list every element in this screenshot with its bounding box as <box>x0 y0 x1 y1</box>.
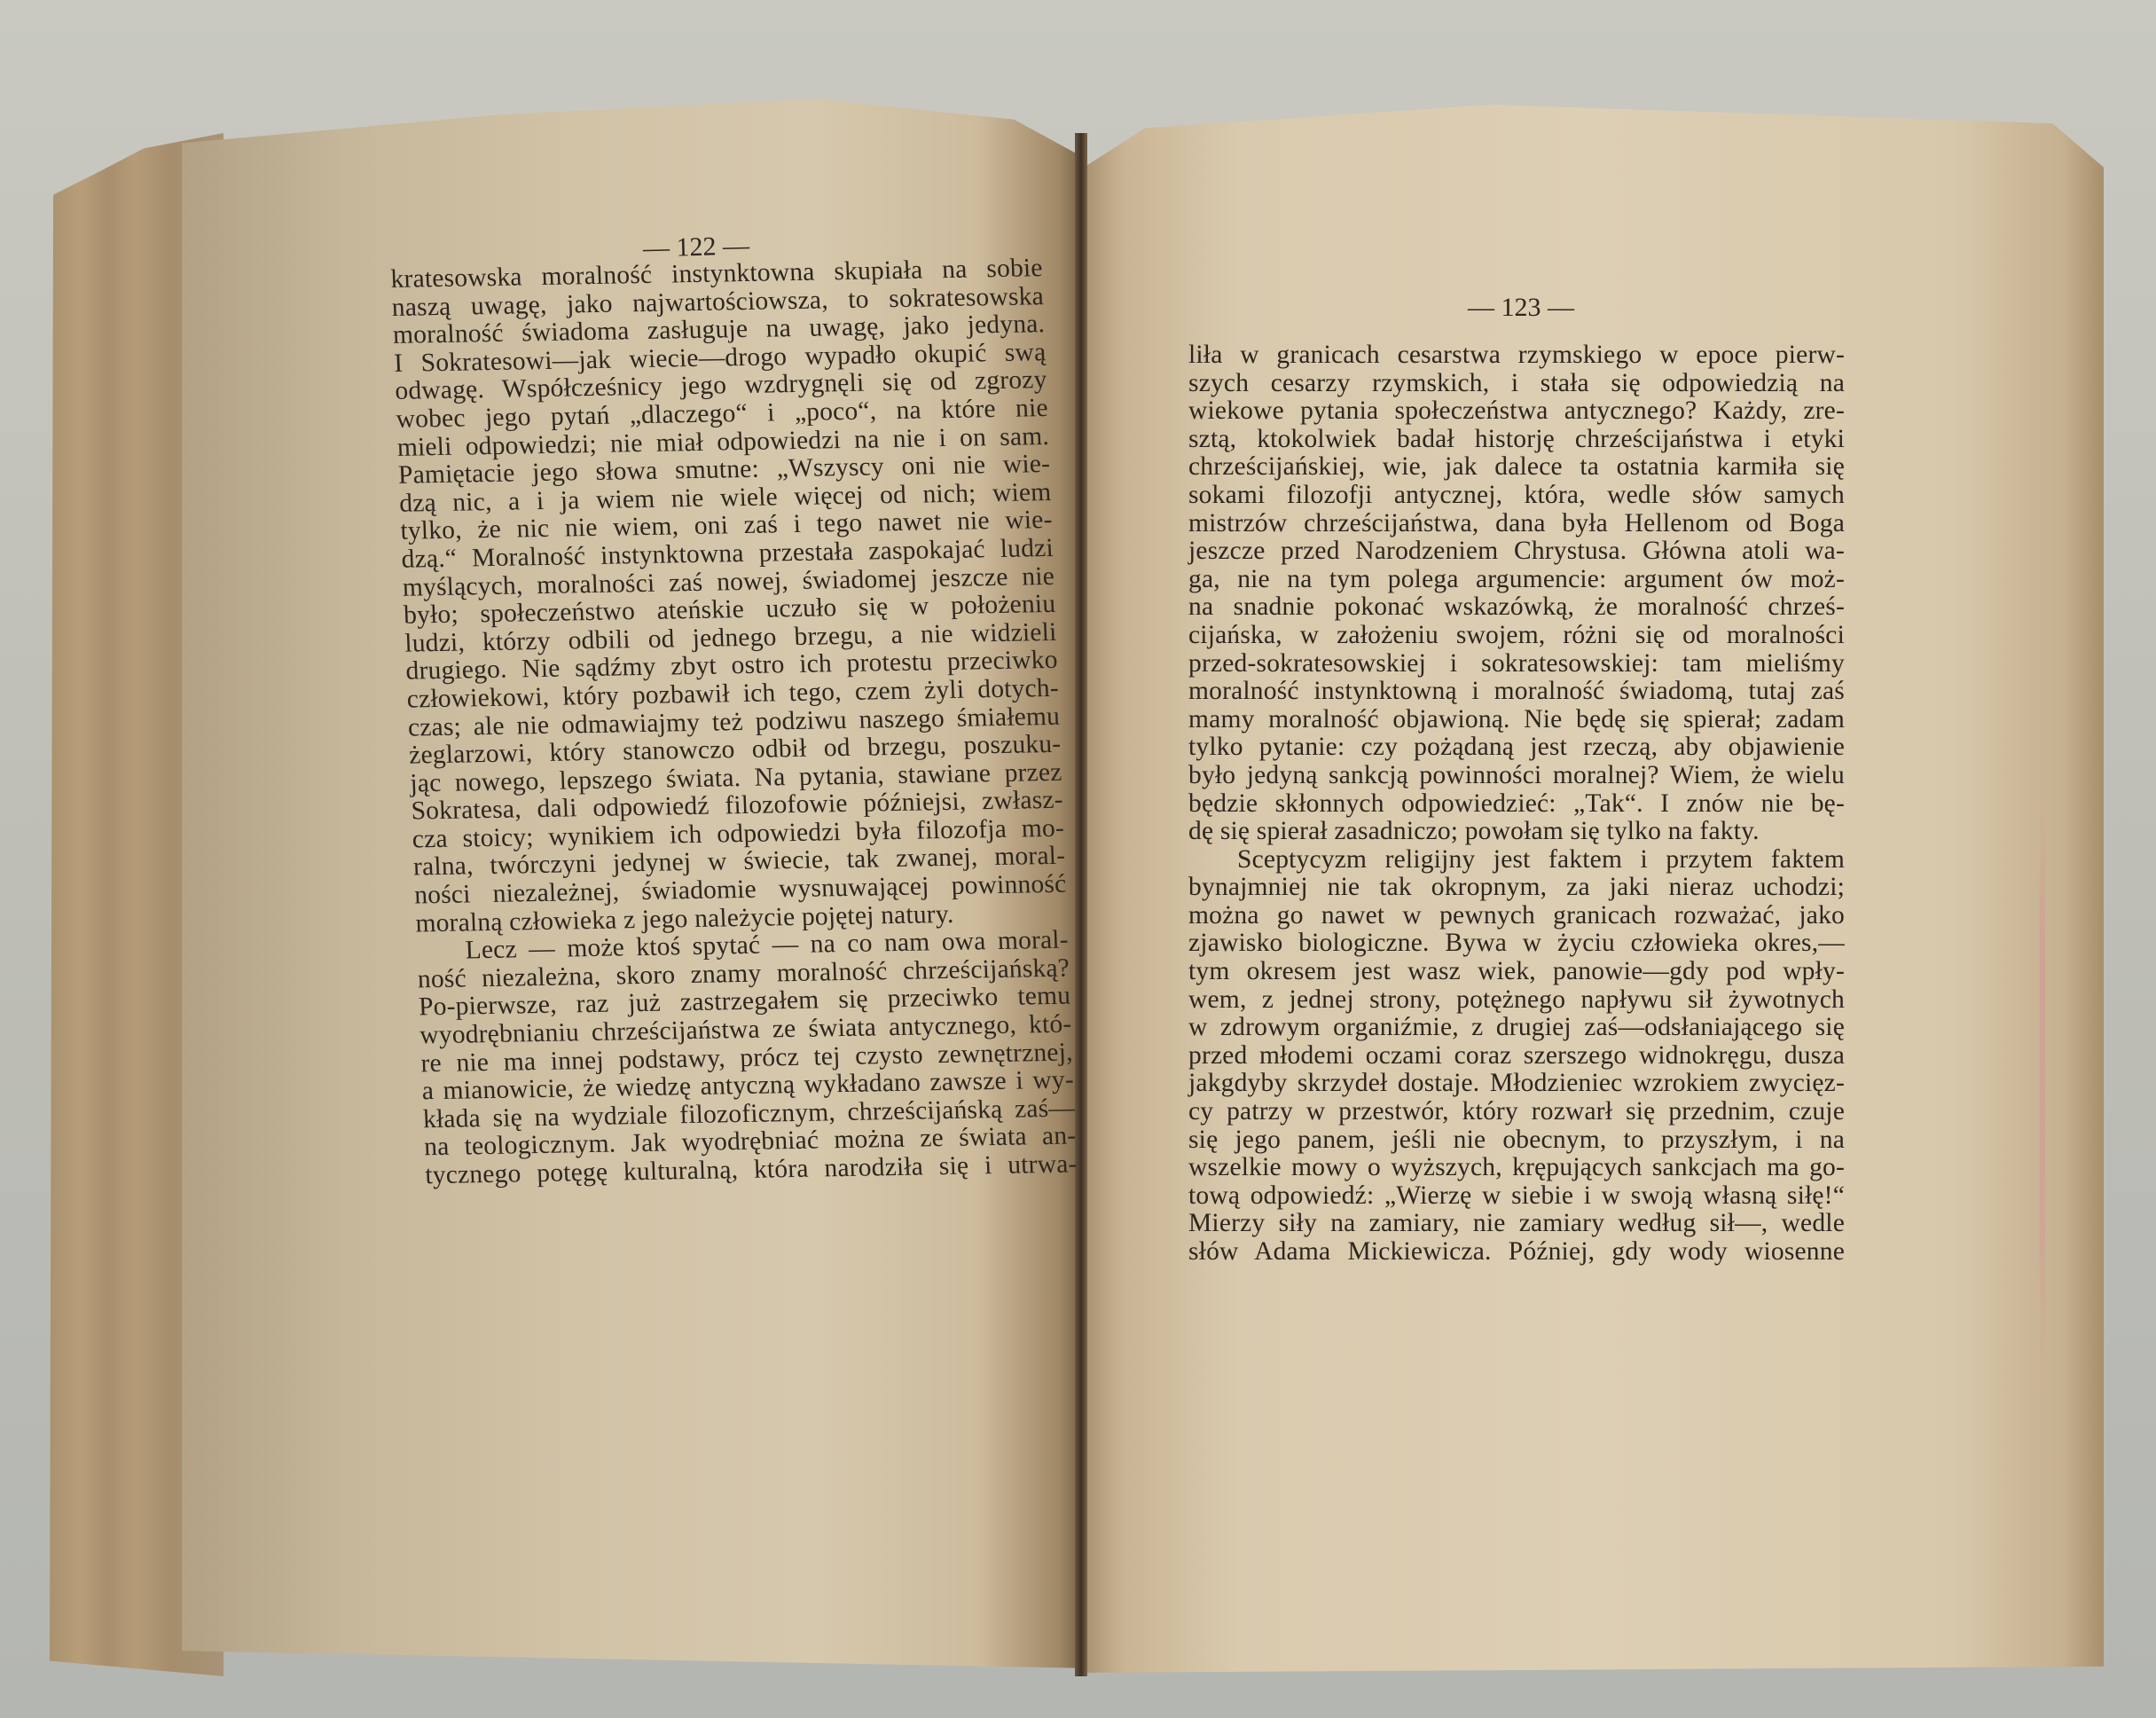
text-line: w zdrowym organiźmie, z drugiej zaś—odsł… <box>1188 1014 1845 1042</box>
text-line: jakgdyby skrzydeł dostaje. Młodzieniec w… <box>1188 1070 1845 1098</box>
text-line: Sceptycyzm religijny jest faktem i przyt… <box>1188 846 1845 875</box>
text-line: wszelkie mowy o wyższych, krępujących sa… <box>1188 1154 1845 1182</box>
text-line: przed-sokratesowskiej i sokratesowskiej:… <box>1188 650 1845 679</box>
text-line: zjawisko biologiczne. Bywa w życiu człow… <box>1188 930 1845 958</box>
text-line: mistrzów chrześcijaństwa, dana była Hell… <box>1188 510 1845 538</box>
text-line: się jego panem, jeśli nie obecnym, to pr… <box>1188 1126 1845 1155</box>
book-gutter <box>1075 133 1087 1676</box>
text-line: tową odpowiedź: „Wierzę w siebie i w swo… <box>1188 1182 1845 1211</box>
text-line: sokami filozofji antycznej, która, wedle… <box>1188 482 1845 510</box>
text-line: chrześcijańskiej, wie, jak dalece ta ost… <box>1188 453 1845 482</box>
page-number-right: — 123 — <box>1468 293 1574 323</box>
text-line: ga, nie na tym polega argumencie: argume… <box>1188 566 1845 594</box>
text-line: szych cesarzy rzymskich, i stała się odp… <box>1188 370 1845 398</box>
text-line: było jedyną sankcją powinności moralnej?… <box>1188 762 1845 790</box>
left-page-text: kratesowska moralność instynktowna skupi… <box>390 255 1078 1190</box>
text-line: sztą, ktokolwiek badał historję chrześci… <box>1188 426 1845 454</box>
text-line: Mierzy siły na zamiary, nie zamiary wedł… <box>1188 1210 1845 1238</box>
text-line: można go nawet w pewnych granicach rozwa… <box>1188 902 1845 930</box>
text-line: przed młodemi oczami coraz szerszego wid… <box>1188 1042 1845 1071</box>
text-line: tylko pytanie: czy pożądaną jest rzeczą,… <box>1188 733 1845 762</box>
text-line: moralność instynktowną i moralność świad… <box>1188 678 1845 706</box>
text-line: słów Adama Mickiewicza. Później, gdy wod… <box>1188 1238 1845 1267</box>
text-line: będzie skłonnych odpowiedzieć: „Tak“. I … <box>1188 790 1845 819</box>
text-line: wem, z jednej strony, potężnego napływu … <box>1188 986 1845 1015</box>
open-book: — 122 — — 123 — kratesowska moralność in… <box>0 0 2156 1718</box>
text-line: tym okresem jest wasz wiek, panowie—gdy … <box>1188 958 1845 986</box>
text-line: liła w granicach cesarstwa rzymskiego w … <box>1188 341 1845 370</box>
text-line: cy patrzy w przestwór, który rozwarł się… <box>1188 1098 1845 1126</box>
text-line: mamy moralność objawioną. Nie będę się s… <box>1188 706 1845 734</box>
text-line: na snadnie pokonać wskazówką, że moralno… <box>1188 593 1845 622</box>
right-page-text: liła w granicach cesarstwa rzymskiego w … <box>1188 341 1845 1267</box>
text-line: cijańska, w założeniu swojem, różni się … <box>1188 622 1845 650</box>
text-line: jeszcze przed Narodzeniem Chrystusa. Głó… <box>1188 537 1845 566</box>
text-line: wiekowe pytania społeczeństwa antycznego… <box>1188 397 1845 426</box>
text-line: dę się spierał zasadniczo; powołam się t… <box>1188 818 1845 846</box>
text-line: bynajmniej nie tak okropnym, za jaki nie… <box>1188 874 1845 902</box>
ink-stain-mark <box>2040 781 2045 1401</box>
